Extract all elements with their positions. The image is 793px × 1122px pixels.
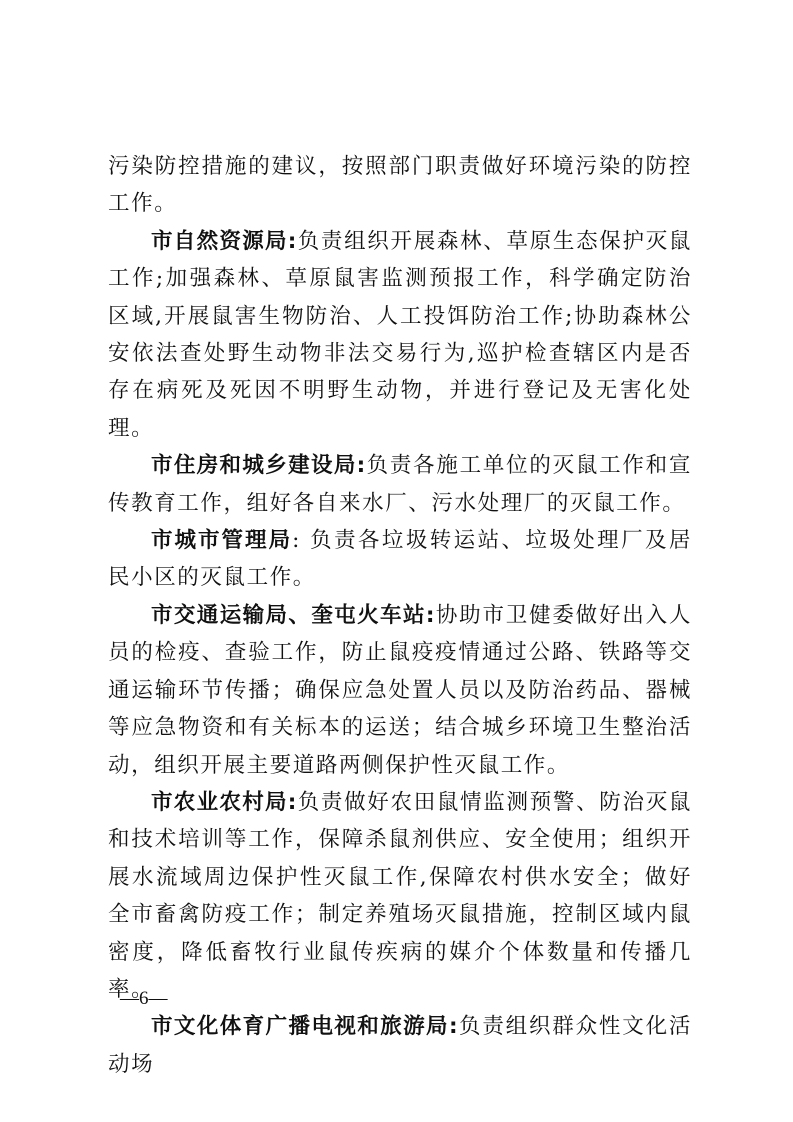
section-transport-railway: 市交通运输局、奎屯火车站:协助市卫健委做好出入人员的检疫、查验工作，防止鼠疫疫情… bbox=[108, 597, 692, 784]
department-name: 市住房和城乡建设局: bbox=[151, 453, 366, 478]
section-natural-resources: 市自然资源局:负责组织开展森林、草原生态保护灭鼠工作;加强森林、草原鼠害监测预报… bbox=[108, 223, 692, 447]
section-text: 协助市卫健委做好出入人员的检疫、查验工作，防止鼠疫疫情通过公路、铁路等交通运输环… bbox=[108, 603, 692, 778]
section-housing-construction: 市住房和城乡建设局:负责各施工单位的灭鼠工作和宣传教育工作，组好各自来水厂、污水… bbox=[108, 447, 692, 522]
department-name: 市文化体育广播电视和旅游局: bbox=[151, 1014, 459, 1039]
department-name: 市城市管理局 bbox=[151, 528, 292, 553]
section-culture-tourism: 市文化体育广播电视和旅游局:负责组织群众性文化活动场 bbox=[108, 1008, 692, 1083]
department-name: 市交通运输局、奎屯火车站: bbox=[151, 603, 436, 628]
department-name: 市农业农村局: bbox=[151, 790, 298, 815]
continuation-paragraph: 污染防控措施的建议，按照部门职责做好环境污染的防控工作。 bbox=[108, 148, 692, 223]
department-name: 市自然资源局: bbox=[151, 229, 298, 254]
section-text: 负责做好农田鼠情监测预警、防治灭鼠和技术培训等工作，保障杀鼠剂供应、安全使用；组… bbox=[108, 790, 692, 1002]
page-number: —6— bbox=[120, 988, 168, 1010]
section-agriculture: 市农业农村局:负责做好农田鼠情监测预警、防治灭鼠和技术培训等工作，保障杀鼠剂供应… bbox=[108, 784, 692, 1008]
section-text: 负责组织开展森林、草原生态保护灭鼠工作;加强森林、草原鼠害监测预报工作，科学确定… bbox=[108, 229, 692, 441]
document-body: 污染防控措施的建议，按照部门职责做好环境污染的防控工作。 市自然资源局:负责组织… bbox=[108, 148, 692, 1083]
section-urban-management: 市城市管理局: 负责各垃圾转运站、垃圾处理厂及居民小区的灭鼠工作。 bbox=[108, 522, 692, 597]
